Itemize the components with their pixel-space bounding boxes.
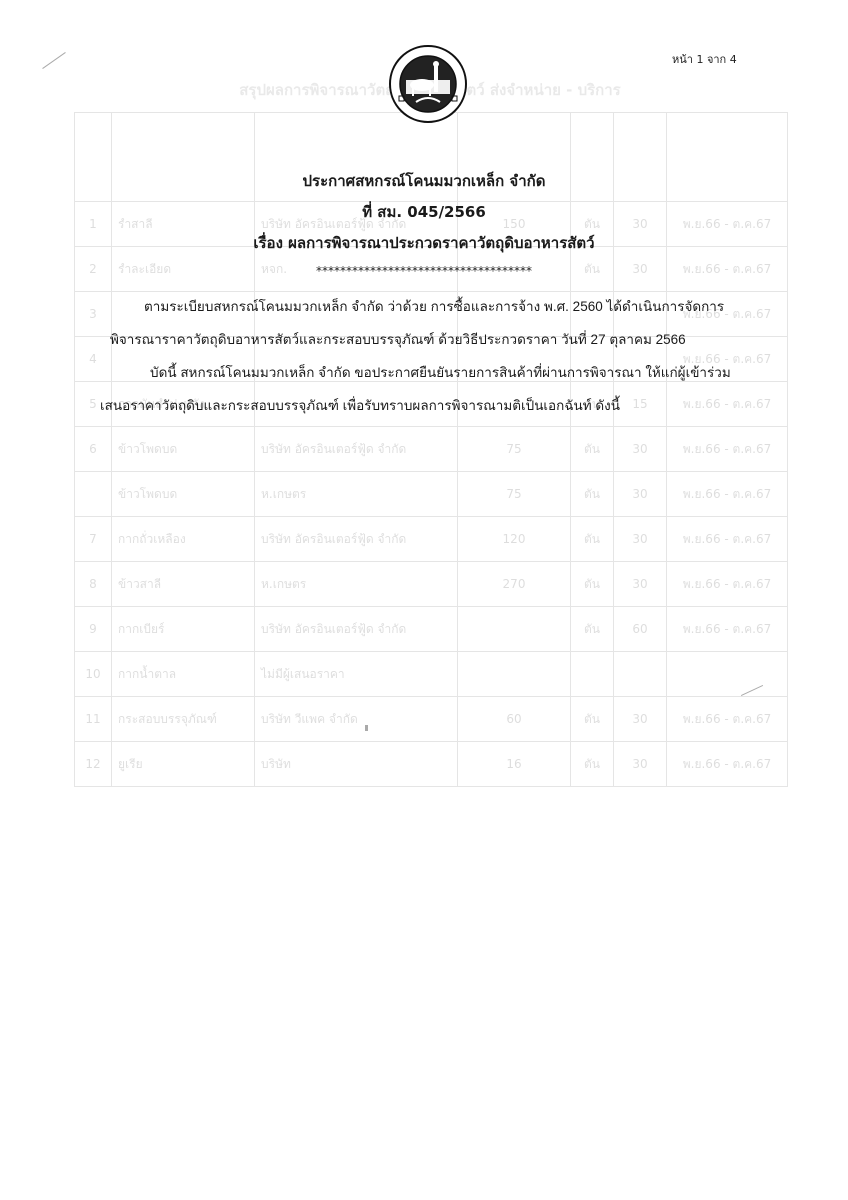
announcement-header: ประกาศสหกรณ์โคนมมวกเหล็ก จำกัด ที่ สม. 0… xyxy=(0,166,848,283)
bleed-through-row: 12ยูเรียบริษัท16ตัน30พ.ย.66 - ต.ค.67 xyxy=(75,742,788,787)
bleed-through-row: 9กากเบียร์บริษัท อัครอินเตอร์ฟู้ด จำกัดต… xyxy=(75,607,788,652)
bleed-through-cell: 9 xyxy=(75,607,112,652)
bleed-through-cell: กากเบียร์ xyxy=(112,607,255,652)
bleed-through-cell: 120 xyxy=(458,517,571,562)
bleed-through-cell: พ.ย.66 - ต.ค.67 xyxy=(667,562,788,607)
bleed-through-cell: กากถั่วเหลือง xyxy=(112,517,255,562)
bleed-through-cell: 12 xyxy=(75,742,112,787)
bleed-through-cell: 30 xyxy=(614,472,667,517)
bleed-through-cell: 3 xyxy=(75,292,112,337)
bleed-through-row: ข้าวโพดบดห.เกษตร75ตัน30พ.ย.66 - ต.ค.67 xyxy=(75,472,788,517)
bleed-through-row: 8ข้าวสาลีห.เกษตร270ตัน30พ.ย.66 - ต.ค.67 xyxy=(75,562,788,607)
bleed-through-cell: พ.ย.66 - ต.ค.67 xyxy=(667,607,788,652)
bleed-through-cell: 75 xyxy=(458,472,571,517)
bleed-through-cell: ข้าวโพดบด xyxy=(112,427,255,472)
bleed-through-cell: กระสอบบรรจุภัณฑ์ xyxy=(112,697,255,742)
bleed-through-cell: พ.ย.66 - ต.ค.67 xyxy=(667,427,788,472)
paragraph-2-line-2: เสนอราคาวัตถุดิบและกระสอบบรรจุภัณฑ์ เพื่… xyxy=(100,389,800,422)
bleed-through-cell xyxy=(571,652,614,697)
bleed-through-cell: 16 xyxy=(458,742,571,787)
paragraph-1-line-1: ตามระเบียบสหกรณ์โคนมมวกเหล็ก จำกัด ว่าด้… xyxy=(110,290,800,323)
announcement-subject: เรื่อง ผลการพิจารณาประกวดราคาวัตถุดิบอาห… xyxy=(0,228,848,259)
bleed-through-cell: ห.เกษตร xyxy=(255,472,458,517)
bleed-through-cell: ห.เกษตร xyxy=(255,562,458,607)
bleed-through-cell xyxy=(458,607,571,652)
bleed-through-cell: ยูเรีย xyxy=(112,742,255,787)
bleed-through-cell: ตัน xyxy=(571,742,614,787)
bleed-through-cell: 75 xyxy=(458,427,571,472)
bleed-through-cell: 8 xyxy=(75,562,112,607)
bleed-through-cell: ตัน xyxy=(571,472,614,517)
bleed-through-cell: บริษัท xyxy=(255,742,458,787)
bleed-through-cell: ตัน xyxy=(571,427,614,472)
bleed-through-cell: 60 xyxy=(614,607,667,652)
bleed-through-cell: พ.ย.66 - ต.ค.67 xyxy=(667,742,788,787)
bleed-through-cell: บริษัท อัครอินเตอร์ฟู้ด จำกัด xyxy=(255,427,458,472)
bleed-through-cell: กากน้ำตาล xyxy=(112,652,255,697)
bleed-through-cell: ไม่มีผู้เสนอราคา xyxy=(255,652,458,697)
bleed-through-cell: 30 xyxy=(614,562,667,607)
bleed-through-cell xyxy=(458,652,571,697)
bleed-through-cell: 11 xyxy=(75,697,112,742)
separator-line: ************************************ xyxy=(0,259,848,283)
bleed-through-cell: 270 xyxy=(458,562,571,607)
bleed-through-cell: บริษัท อัครอินเตอร์ฟู้ด จำกัด xyxy=(255,517,458,562)
bleed-through-cell: พ.ย.66 - ต.ค.67 xyxy=(667,517,788,562)
bleed-through-cell: 60 xyxy=(458,697,571,742)
bleed-through-cell: พ.ย.66 - ต.ค.67 xyxy=(667,697,788,742)
bleed-through-cell: 10 xyxy=(75,652,112,697)
paragraph-1-line-2: พิจารณาราคาวัตถุดิบอาหารสัตว์และกระสอบบร… xyxy=(110,323,800,356)
bleed-through-cell: บริษัท อัครอินเตอร์ฟู้ด จำกัด xyxy=(255,607,458,652)
bleed-through-cell: ตัน xyxy=(571,607,614,652)
bleed-through-cell: ตัน xyxy=(571,562,614,607)
bleed-through-cell: 30 xyxy=(614,427,667,472)
bleed-through-cell: บริษัท วีแพค จำกัด xyxy=(255,697,458,742)
announcement-body: ตามระเบียบสหกรณ์โคนมมวกเหล็ก จำกัด ว่าด้… xyxy=(110,290,800,422)
scan-speck xyxy=(365,725,368,731)
bleed-through-cell xyxy=(667,652,788,697)
bleed-through-cell: 4 xyxy=(75,337,112,382)
bleed-through-row: 6ข้าวโพดบดบริษัท อัครอินเตอร์ฟู้ด จำกัด7… xyxy=(75,427,788,472)
announcement-number: ที่ สม. 045/2566 xyxy=(0,197,848,228)
bleed-through-row: 11กระสอบบรรจุภัณฑ์บริษัท วีแพค จำกัด60ตั… xyxy=(75,697,788,742)
bleed-through-cell: 30 xyxy=(614,742,667,787)
bleed-through-cell: 30 xyxy=(614,697,667,742)
cooperative-seal-icon xyxy=(388,44,468,124)
bleed-through-cell: 6 xyxy=(75,427,112,472)
page-number: หน้า 1 จาก 4 xyxy=(672,50,737,68)
bleed-through-cell: ตัน xyxy=(571,517,614,562)
scan-speck xyxy=(42,52,66,69)
bleed-through-cell: ข้าวสาลี xyxy=(112,562,255,607)
bleed-through-row: 10กากน้ำตาลไม่มีผู้เสนอราคา xyxy=(75,652,788,697)
bleed-through-cell xyxy=(75,472,112,517)
bleed-through-cell: พ.ย.66 - ต.ค.67 xyxy=(667,472,788,517)
bleed-through-cell: ตัน xyxy=(571,697,614,742)
bleed-through-cell xyxy=(614,652,667,697)
bleed-through-cell: 30 xyxy=(614,517,667,562)
scan-speck xyxy=(741,685,763,696)
bleed-through-cell: 7 xyxy=(75,517,112,562)
announcement-title: ประกาศสหกรณ์โคนมมวกเหล็ก จำกัด xyxy=(0,166,848,197)
bleed-through-cell: ข้าวโพดบด xyxy=(112,472,255,517)
paragraph-2-line-1: บัดนี้ สหกรณ์โคนมมวกเหล็ก จำกัด ขอประกาศ… xyxy=(110,356,800,389)
bleed-through-row: 7กากถั่วเหลืองบริษัท อัครอินเตอร์ฟู้ด จำ… xyxy=(75,517,788,562)
